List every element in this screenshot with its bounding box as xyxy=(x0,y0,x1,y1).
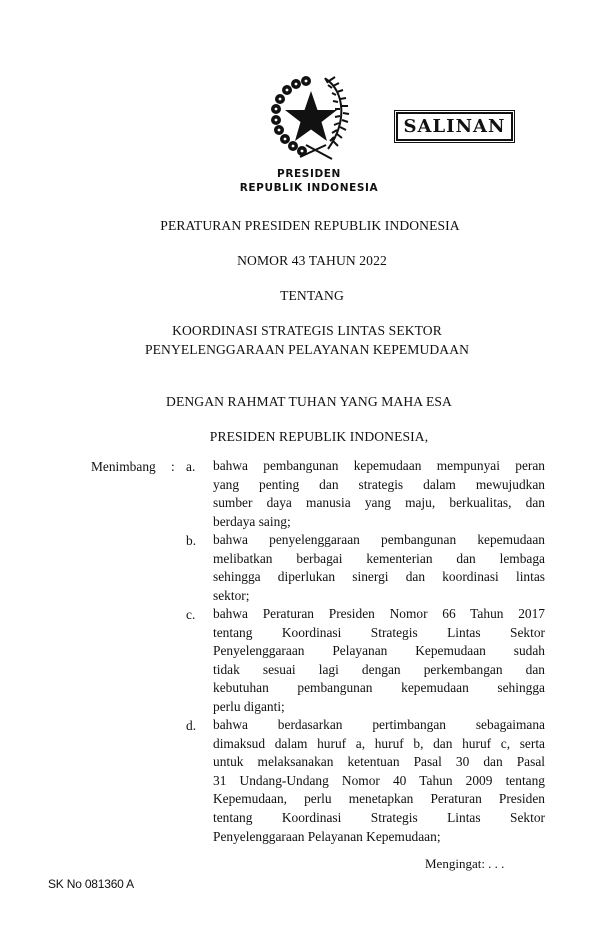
regulation-number: NOMOR 43 TAHUN 2022 xyxy=(0,253,612,269)
grace-formula: DENGAN RAHMAT TUHAN YANG MAHA ESA xyxy=(0,394,612,410)
consideration-letter-a: a. xyxy=(186,459,195,475)
text-line: sumber daya manusia yang maju, berkualit… xyxy=(213,494,545,513)
text-line: tentang Koordinasi Strategis Lintas Sekt… xyxy=(213,809,545,828)
text-line: berdaya saing; xyxy=(213,513,545,532)
text-line: 31 Undang-Undang Nomor 40 Tahun 2009 ten… xyxy=(213,772,545,791)
text-line: bahwa berdasarkan pertimbangan sebagaima… xyxy=(213,716,545,735)
text-line: yang penting dan strategis dalam mewujud… xyxy=(213,476,545,495)
about-label: TENTANG xyxy=(0,288,612,304)
consideration-letter-c: c. xyxy=(186,607,195,623)
regulation-heading: PERATURAN PRESIDEN REPUBLIK INDONESIA xyxy=(0,218,612,234)
considerations-label: Menimbang xyxy=(91,459,156,475)
continuation-marker: Mengingat: . . . xyxy=(425,856,504,872)
text-line: Penyelenggaraan Pelayanan Kepemudaan; xyxy=(213,828,545,847)
president-declaration: PRESIDEN REPUBLIK INDONESIA, xyxy=(0,429,612,445)
presidential-emblem-icon xyxy=(266,73,354,165)
salinan-stamp: SALINAN xyxy=(396,112,513,141)
text-line: tidak sesuai lagi dengan perkembangan da… xyxy=(213,661,545,680)
text-line: melibatkan berbagai kementerian dan lemb… xyxy=(213,550,545,569)
subject-line-2: PENYELENGGARAAN PELAYANAN KEPEMUDAAN xyxy=(0,342,612,358)
text-line: bahwa pembangunan kepemudaan mempunyai p… xyxy=(213,457,545,476)
consideration-item-d: bahwa berdasarkan pertimbangan sebagaima… xyxy=(213,716,545,846)
considerations-colon: : xyxy=(171,459,175,475)
text-line: kebutuhan pembangunan kepemudaan sehingg… xyxy=(213,679,545,698)
consideration-item-b: bahwa penyelenggaraan pembangunan kepemu… xyxy=(213,531,545,605)
consideration-item-a: bahwa pembangunan kepemudaan mempunyai p… xyxy=(213,457,545,531)
consideration-letter-b: b. xyxy=(186,533,196,549)
text-line: bahwa penyelenggaraan pembangunan kepemu… xyxy=(213,531,545,550)
text-line: sektor; xyxy=(213,587,545,606)
text-line: sehingga diperlukan sinergi dan koordina… xyxy=(213,568,545,587)
office-title-president: PRESIDEN xyxy=(0,168,612,180)
text-line: tentang Koordinasi Strategis Lintas Sekt… xyxy=(213,624,545,643)
text-line: dimaksud dalam huruf a, huruf b, dan hur… xyxy=(213,735,545,754)
text-line: untuk melaksanakan ketentuan Pasal 30 da… xyxy=(213,753,545,772)
consideration-item-c: bahwa Peraturan Presiden Nomor 66 Tahun … xyxy=(213,605,545,717)
text-line: perlu diganti; xyxy=(213,698,545,717)
text-line: bahwa Peraturan Presiden Nomor 66 Tahun … xyxy=(213,605,545,624)
text-line: Kepemudaan, perlu menetapkan Peraturan P… xyxy=(213,790,545,809)
subject-line-1: KOORDINASI STRATEGIS LINTAS SEKTOR xyxy=(0,323,612,339)
consideration-letter-d: d. xyxy=(186,718,196,734)
document-code: SK No 081360 A xyxy=(48,877,134,891)
office-title-republic: REPUBLIK INDONESIA xyxy=(0,182,612,194)
salinan-label: SALINAN xyxy=(404,116,506,137)
text-line: Penyelenggaraan Pelayanan Kepemudaan sud… xyxy=(213,642,545,661)
